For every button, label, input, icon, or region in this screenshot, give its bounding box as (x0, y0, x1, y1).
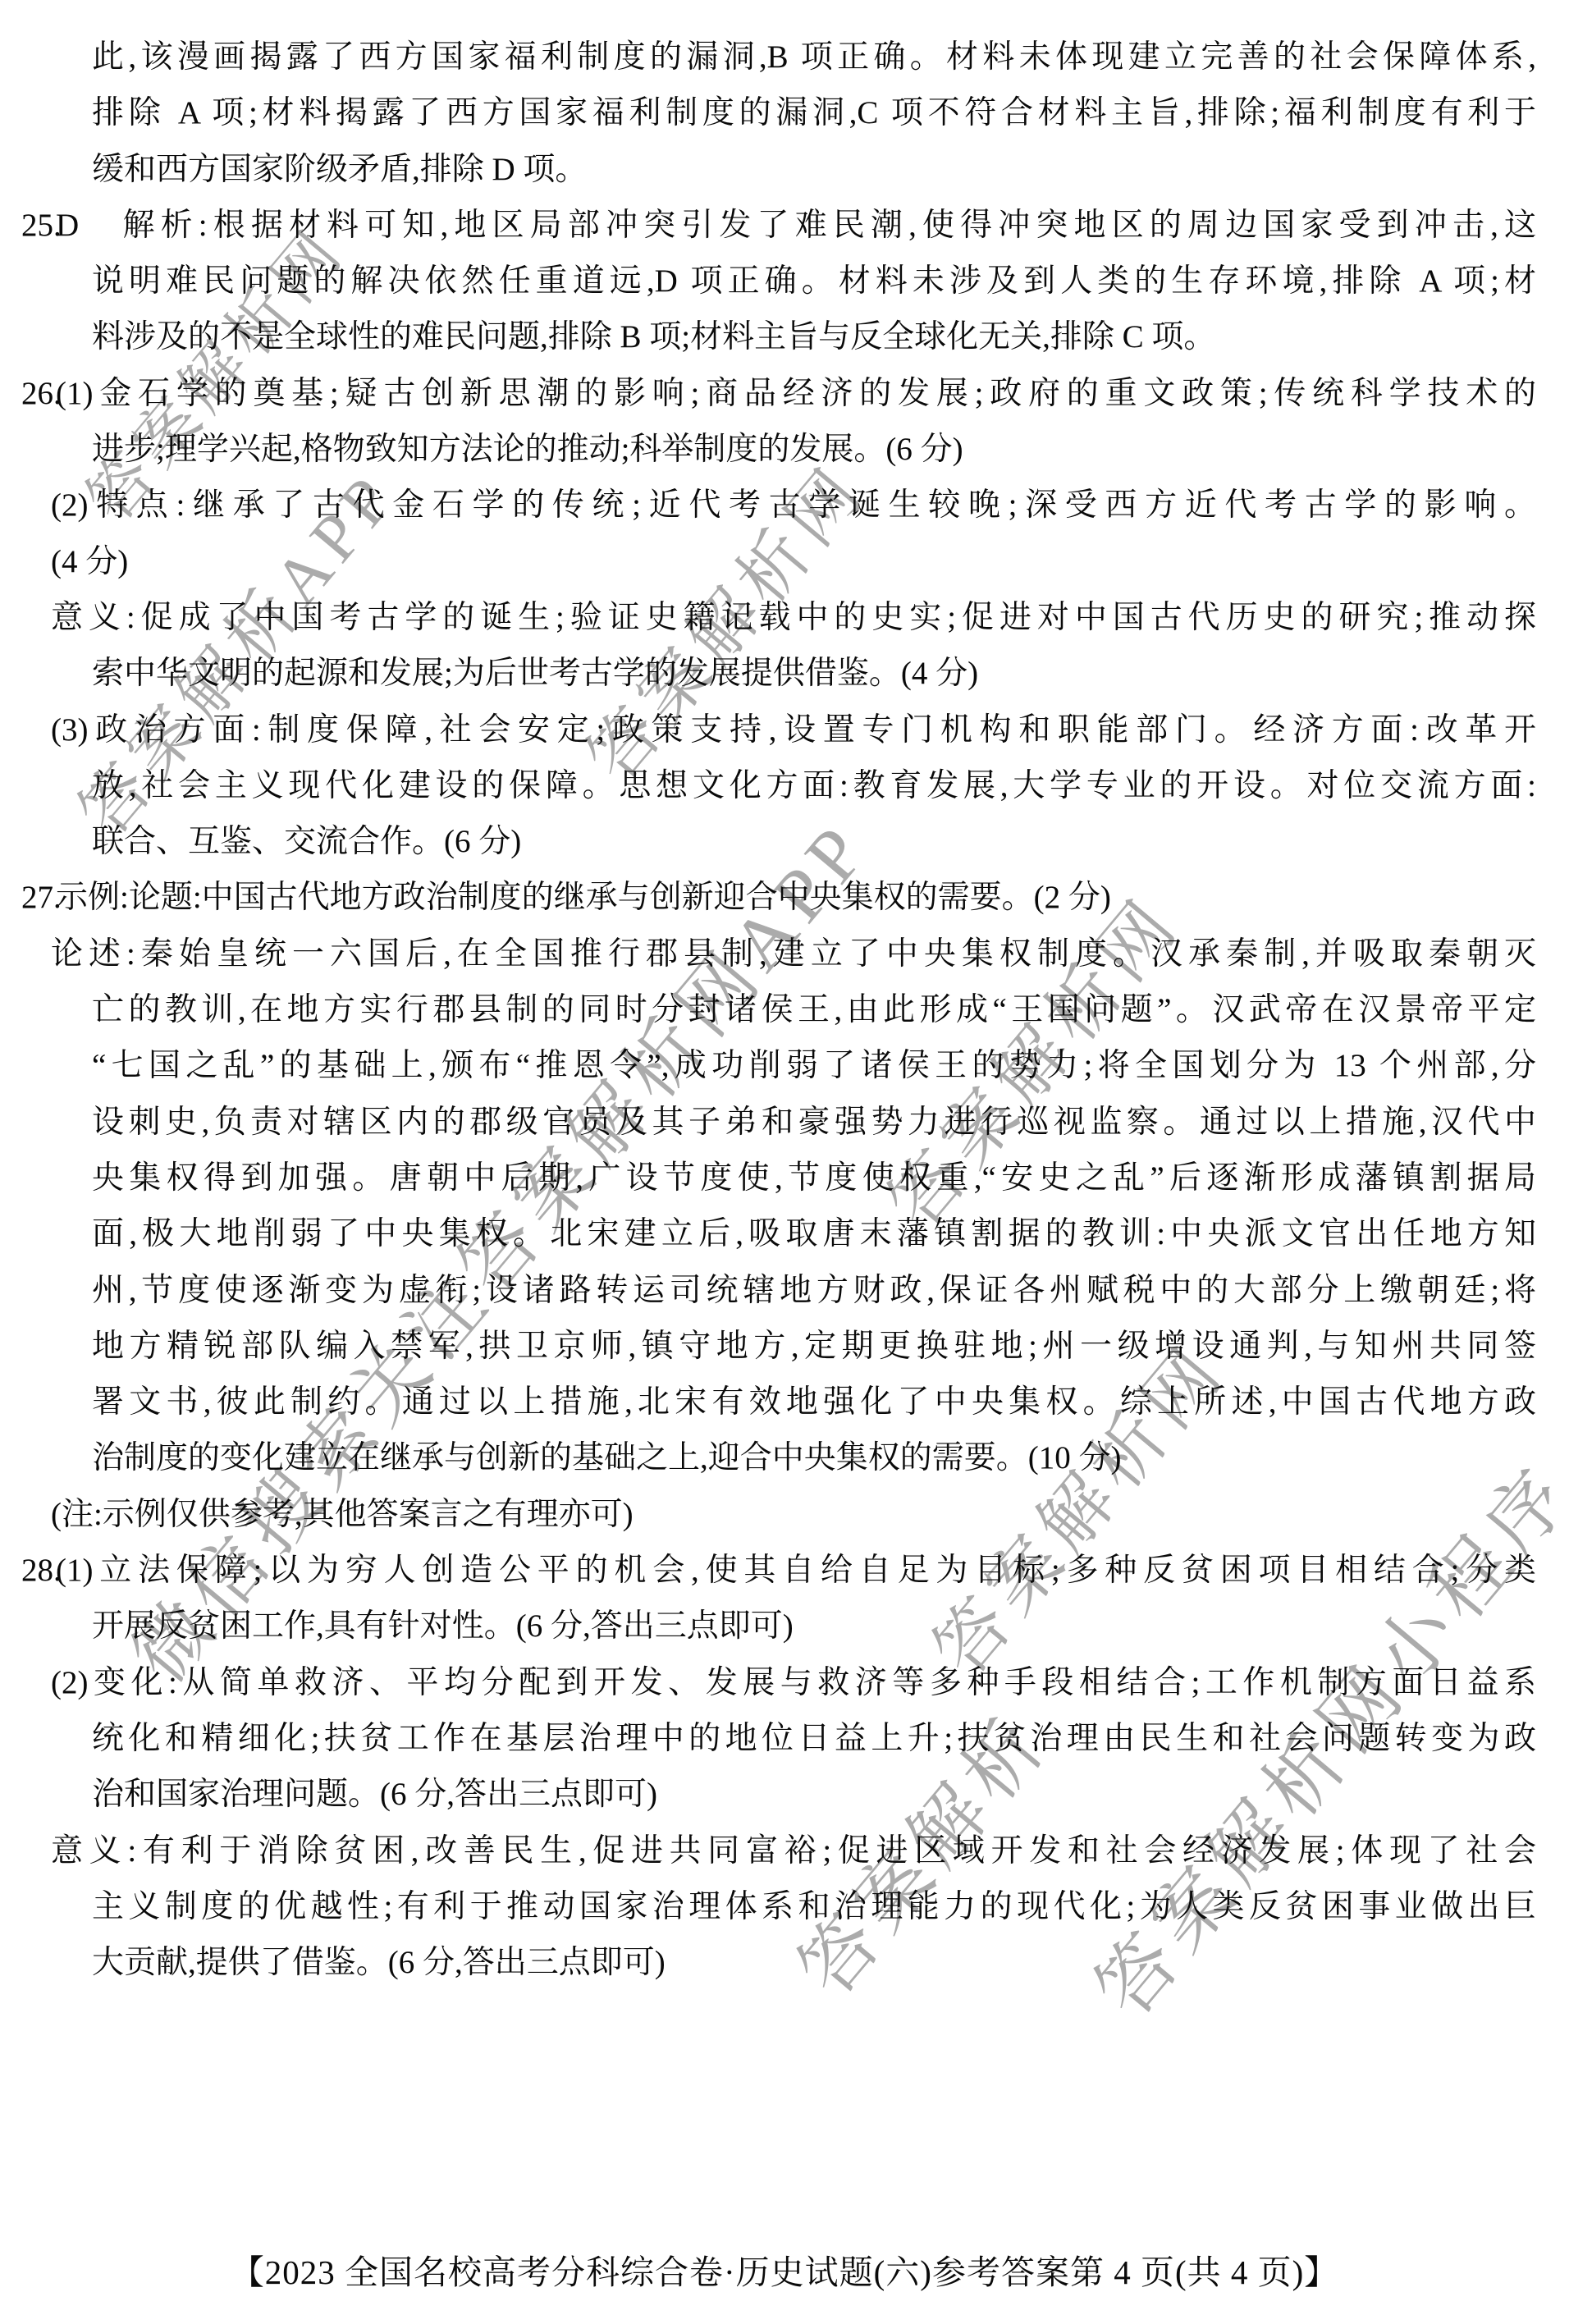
line-text: 开展反贫困工作,具有针对性。(6 分,答出三点即可) (92, 1608, 794, 1644)
text-line: 央集权得到加强。唐朝中后期,广设节度使,节度使权重,“安史之乱”后逐渐形成藩镇割… (0, 1151, 1569, 1206)
answer-key-page: 答案解析网答案解析APP答案解析网微信搜索关注答案解析网APP答案解析网答案解析… (0, 0, 1569, 2324)
text-line: 料涉及的不是全球性的难民问题,排除 B 项;材料主旨与反全球化无关,排除 C 项… (0, 309, 1569, 365)
text-line: 面,极大地削弱了中央集权。北宋建立后,吸取唐末藩镇割据的教训:中央派文官出任地方… (0, 1206, 1569, 1262)
text-line: 缓和西方国家阶级矛盾,排除 D 项。 (0, 142, 1569, 198)
line-text: 示例:论题:中国古代地方政治制度的继承与创新迎合中央集权的需要。(2 分) (56, 880, 1111, 915)
line-text: 主义制度的优越性;有利于推动国家治理体系和治理能力的现代化;为人类反贫困事业做出… (92, 1889, 1536, 1924)
line-text: (2)特点:继承了古代金石学的传统;近代考古学诞生较晚;深受西方近代考古学的影响… (51, 487, 1536, 523)
item-number: 26. (21, 366, 62, 422)
text-line: 说明难民问题的解决依然任重道远,D 项正确。材料未涉及到人类的生存环境,排除 A… (0, 254, 1569, 309)
line-text: (4 分) (51, 544, 128, 579)
line-text: (1)立法保障;以为穷人创造公平的机会,使其自给自足为目标;多种反贫困项目相结合… (56, 1553, 1536, 1588)
line-text: 设刺史,负责对辖区内的郡级官员及其子弟和豪强势力进行巡视监察。通过以上措施,汉代… (92, 1105, 1536, 1140)
line-text: (1)金石学的奠基;疑古创新思潮的影响;商品经济的发展;政府的重文政策;传统科学… (56, 376, 1536, 411)
text-line: 25.D 解析:根据材料可知,地区局部冲突引发了难民潮,使得冲突地区的周边国家受… (0, 198, 1569, 254)
item-number: 28. (21, 1543, 62, 1599)
line-text: 地方精锐部队编入禁军,拱卫京师,镇守地方,定期更换驻地;州一级增设通判,与知州共… (92, 1329, 1536, 1364)
text-line: 州,节度使逐渐变为虚衔;设诸路转运司统辖地方财政,保证各州赋税中的大部分上缴朝廷… (0, 1263, 1569, 1319)
line-text: 治制度的变化建立在继承与创新的基础之上,迎合中央集权的需要。(10 分) (92, 1440, 1121, 1475)
text-line: (注:示例仅供参考,其他答案言之有理亦可) (0, 1487, 1569, 1543)
text-line: 26.(1)金石学的奠基;疑古创新思潮的影响;商品经济的发展;政府的重文政策;传… (0, 366, 1569, 422)
line-text: (2)变化:从简单救济、平均分配到开发、发展与救济等多种手段相结合;工作机制方面… (51, 1665, 1536, 1700)
line-text: 意义:有利于消除贫困,改善民生,促进共同富裕;促进区域开发和社会经济发展;体现了… (51, 1833, 1536, 1869)
text-line: 索中华文明的起源和发展;为后世考古学的发展提供借鉴。(4 分) (0, 646, 1569, 702)
text-line: 论述:秦始皇统一六国后,在全国推行郡县制,建立了中央集权制度。汉承秦制,并吸取秦… (0, 926, 1569, 982)
text-line: 28.(1)立法保障;以为穷人创造公平的机会,使其自给自足为目标;多种反贫困项目… (0, 1543, 1569, 1599)
line-text: (3)政治方面:制度保障,社会安定;政策支持,设置专门机构和职能部门。经济方面:… (51, 712, 1536, 748)
text-line: 27.示例:论题:中国古代地方政治制度的继承与创新迎合中央集权的需要。(2 分) (0, 870, 1569, 926)
line-text: 署文书,彼此制约。通过以上措施,北宋有效地强化了中央集权。综上所述,中国古代地方… (92, 1384, 1536, 1420)
line-text: 缓和西方国家阶级矛盾,排除 D 项。 (92, 152, 587, 187)
text-line: 治和国家治理问题。(6 分,答出三点即可) (0, 1767, 1569, 1823)
text-line: “七国之乱”的基础上,颁布“推恩令”,成功削弱了诸侯王的势力;将全国划分为 13… (0, 1038, 1569, 1094)
line-text: 排除 A 项;材料揭露了西方国家福利制度的漏洞,C 项不符合材料主旨,排除;福利… (92, 95, 1536, 130)
line-text: (注:示例仅供参考,其他答案言之有理亦可) (51, 1497, 634, 1532)
line-text: 亡的教训,在地方实行郡县制的同时分封诸侯王,由此形成“王国问题”。汉武帝在汉景帝… (92, 992, 1536, 1027)
line-text: 论述:秦始皇统一六国后,在全国推行郡县制,建立了中央集权制度。汉承秦制,并吸取秦… (51, 936, 1536, 972)
text-line: 开展反贫困工作,具有针对性。(6 分,答出三点即可) (0, 1599, 1569, 1654)
line-text: 央集权得到加强。唐朝中后期,广设节度使,节度使权重,“安史之乱”后逐渐形成藩镇割… (92, 1160, 1536, 1196)
text-line: (4 分) (0, 534, 1569, 590)
line-text: 意义:促成了中国考古学的诞生;验证史籍记载中的史实;促进对中国古代历史的研究;推… (51, 600, 1536, 635)
text-line: 排除 A 项;材料揭露了西方国家福利制度的漏洞,C 项不符合材料主旨,排除;福利… (0, 85, 1569, 141)
text-line: (3)政治方面:制度保障,社会安定;政策支持,设置专门机构和职能部门。经济方面:… (0, 702, 1569, 758)
line-text: 大贡献,提供了借鉴。(6 分,答出三点即可) (92, 1945, 666, 1980)
line-text: 说明难民问题的解决依然任重道远,D 项正确。材料未涉及到人类的生存环境,排除 A… (92, 263, 1536, 299)
text-line: 治制度的变化建立在继承与创新的基础之上,迎合中央集权的需要。(10 分) (0, 1430, 1569, 1486)
item-number: 25. (21, 198, 62, 254)
line-text: “七国之乱”的基础上,颁布“推恩令”,成功削弱了诸侯王的势力;将全国划分为 13… (92, 1048, 1536, 1083)
text-line: 进步;理学兴起,格物致知方法论的推动;科举制度的发展。(6 分) (0, 422, 1569, 478)
text-line: 联合、互鉴、交流合作。(6 分) (0, 814, 1569, 870)
line-text: 此,该漫画揭露了西方国家福利制度的漏洞,B 项正确。材料未体现建立完善的社会保障… (92, 39, 1536, 75)
line-text: D 解析:根据材料可知,地区局部冲突引发了难民潮,使得冲突地区的周边国家受到冲击… (56, 208, 1536, 243)
text-line: 地方精锐部队编入禁军,拱卫京师,镇守地方,定期更换驻地;州一级增设通判,与知州共… (0, 1319, 1569, 1375)
line-text: 进步;理学兴起,格物致知方法论的推动;科举制度的发展。(6 分) (92, 432, 963, 467)
text-line: 放,社会主义现代化建设的保障。思想文化方面:教育发展,大学专业的开设。对位交流方… (0, 758, 1569, 814)
line-text: 索中华文明的起源和发展;为后世考古学的发展提供借鉴。(4 分) (92, 656, 978, 691)
line-text: 面,极大地削弱了中央集权。北宋建立后,吸取唐末藩镇割据的教训:中央派文官出任地方… (92, 1216, 1536, 1251)
document-body: 此,该漫画揭露了西方国家福利制度的漏洞,B 项正确。材料未体现建立完善的社会保障… (0, 30, 1569, 1991)
line-text: 统化和精细化;扶贫工作在基层治理中的地位日益上升;扶贫治理由民生和社会问题转变为… (92, 1721, 1536, 1756)
text-line: 意义:促成了中国考古学的诞生;验证史籍记载中的史实;促进对中国古代历史的研究;推… (0, 590, 1569, 646)
item-number: 27. (21, 870, 62, 926)
text-line: 此,该漫画揭露了西方国家福利制度的漏洞,B 项正确。材料未体现建立完善的社会保障… (0, 30, 1569, 85)
text-line: (2)特点:继承了古代金石学的传统;近代考古学诞生较晚;深受西方近代考古学的影响… (0, 478, 1569, 533)
text-line: 亡的教训,在地方实行郡县制的同时分封诸侯王,由此形成“王国问题”。汉武帝在汉景帝… (0, 982, 1569, 1038)
page-footer: 【2023 全国名校高考分科综合卷·历史试题(六)参考答案第 4 页(共 4 页… (0, 2245, 1569, 2294)
line-text: 料涉及的不是全球性的难民问题,排除 B 项;材料主旨与反全球化无关,排除 C 项… (92, 319, 1215, 355)
text-line: 大贡献,提供了借鉴。(6 分,答出三点即可) (0, 1935, 1569, 1991)
text-line: 署文书,彼此制约。通过以上措施,北宋有效地强化了中央集权。综上所述,中国古代地方… (0, 1375, 1569, 1430)
text-line: 意义:有利于消除贫困,改善民生,促进共同富裕;促进区域开发和社会经济发展;体现了… (0, 1823, 1569, 1879)
line-text: 放,社会主义现代化建设的保障。思想文化方面:教育发展,大学专业的开设。对位交流方… (92, 768, 1536, 803)
line-text: 治和国家治理问题。(6 分,答出三点即可) (92, 1777, 657, 1812)
line-text: 州,节度使逐渐变为虚衔;设诸路转运司统辖地方财政,保证各州赋税中的大部分上缴朝廷… (92, 1273, 1536, 1308)
text-line: 统化和精细化;扶贫工作在基层治理中的地位日益上升;扶贫治理由民生和社会问题转变为… (0, 1711, 1569, 1767)
text-line: 主义制度的优越性;有利于推动国家治理体系和治理能力的现代化;为人类反贫困事业做出… (0, 1879, 1569, 1935)
line-text: 联合、互鉴、交流合作。(6 分) (92, 824, 521, 859)
text-line: 设刺史,负责对辖区内的郡级官员及其子弟和豪强势力进行巡视监察。通过以上措施,汉代… (0, 1095, 1569, 1151)
text-line: (2)变化:从简单救济、平均分配到开发、发展与救济等多种手段相结合;工作机制方面… (0, 1655, 1569, 1711)
